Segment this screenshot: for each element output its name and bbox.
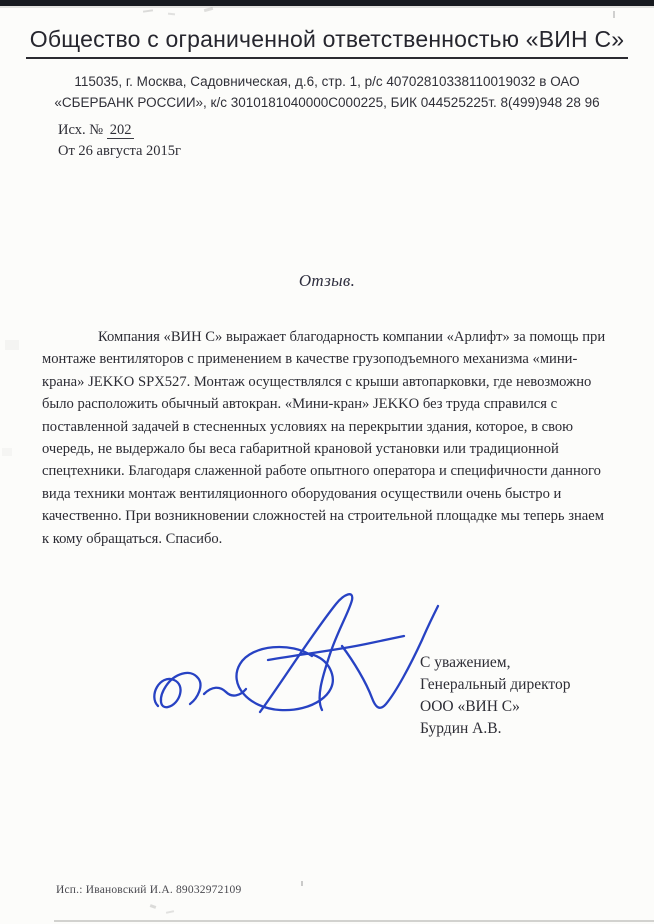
handwritten-signature <box>152 586 442 721</box>
pencil-mark-artifact <box>168 13 175 16</box>
letter-date: От 26 августа 2015г <box>58 141 181 162</box>
reference-block: Исх. № 202 От 26 августа 2015г <box>58 120 181 162</box>
scan-top-edge-artifact <box>0 0 654 6</box>
scan-smudge-artifact <box>2 448 12 456</box>
scan-speck-artifact <box>613 11 615 18</box>
letter-body: Компания «ВИН С» выражает благодарность … <box>42 326 648 550</box>
signoff-block: С уважением, Генеральный директор ООО «В… <box>420 652 571 740</box>
address-line-1: 115035, г. Москва, Садовническая, д.6, с… <box>0 71 654 92</box>
signoff-name: Бурдин А.В. <box>420 718 571 740</box>
scan-smudge-artifact <box>5 340 19 350</box>
address-line-2: «СБЕРБАНК РОССИИ», к/с 3010181040000С000… <box>0 92 654 113</box>
signoff-regards: С уважением, <box>420 652 571 674</box>
signoff-position: Генеральный директор <box>420 674 571 696</box>
company-address-block: 115035, г. Москва, Садовническая, д.6, с… <box>0 71 654 113</box>
scanned-letter-page: Общество с ограниченной ответственностью… <box>0 0 654 924</box>
scan-bottom-edge-artifact <box>54 920 654 922</box>
outgoing-number-value: 202 <box>107 122 135 139</box>
document-title: Отзыв. <box>0 271 654 291</box>
scan-speck-artifact <box>166 910 174 914</box>
signature-stroke <box>154 673 200 707</box>
outgoing-number-label: Исх. № <box>58 122 103 138</box>
executor-line: Исп.: Ивановский И.А. 89032972109 <box>56 884 241 896</box>
pencil-mark-artifact <box>204 7 213 12</box>
scan-speck-artifact <box>301 881 303 886</box>
outgoing-number-line: Исх. № 202 <box>58 120 181 141</box>
company-title: Общество с ограниченной ответственностью… <box>26 26 629 59</box>
signoff-company: ООО «ВИН С» <box>420 696 571 718</box>
pencil-mark-artifact <box>143 9 153 12</box>
scan-speck-artifact <box>150 904 157 909</box>
letterhead: Общество с ограниченной ответственностью… <box>0 26 654 113</box>
